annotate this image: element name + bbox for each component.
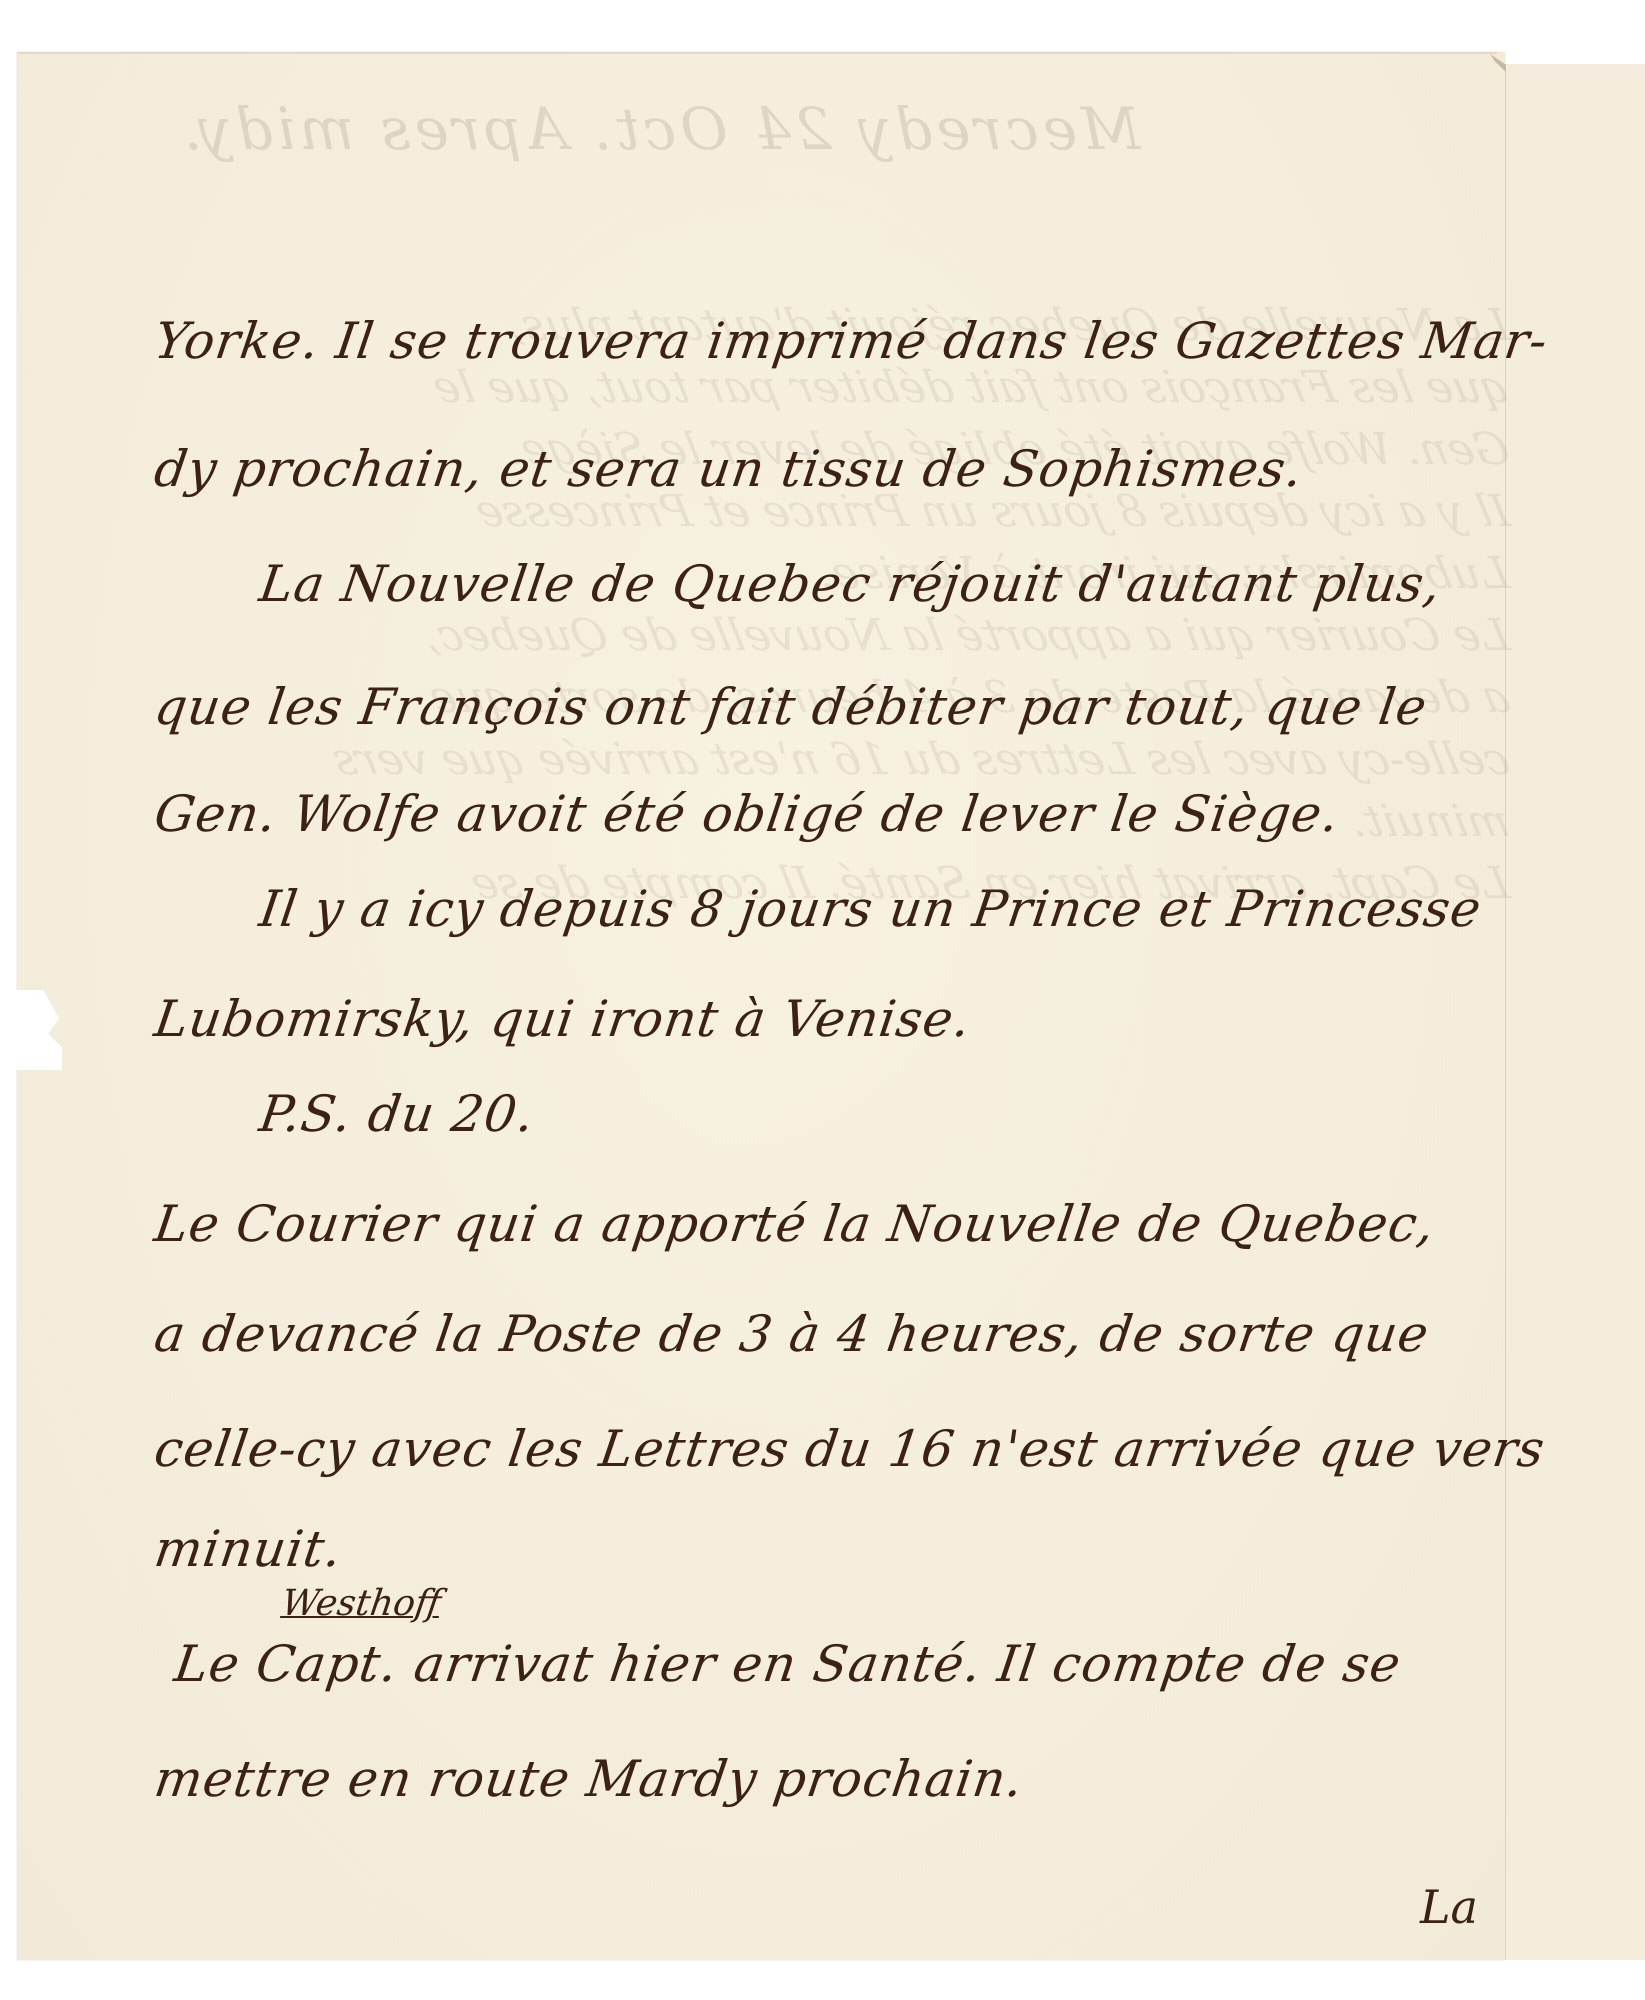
letter-line-6: Il y a icy depuis 8 jours un Prince et P… [256, 880, 1485, 938]
letter-line-1: Yorke. Il se trouvera imprimé dans les G… [151, 312, 1552, 370]
letter-line-3: La Nouvelle de Quebec réjouit d'autant p… [256, 555, 1445, 613]
letter-line-8: P.S. du 20. [256, 1085, 538, 1143]
letter-line-10: a devancé la Poste de 3 à 4 heures, de s… [151, 1305, 1433, 1363]
letter-line-2: dy prochain, et sera un tissu de Sophism… [151, 440, 1307, 498]
letter-line-12: minuit. [151, 1520, 346, 1578]
letter-line-14: mettre en route Mardy prochain. [151, 1750, 1027, 1808]
catchword: La [1420, 1880, 1478, 1934]
letter-body: Yorke. Il se trouvera imprimé dans les G… [0, 0, 1645, 2000]
letter-line-9: Le Courier qui a apporté la Nouvelle de … [151, 1195, 1439, 1253]
interlinear-insertion: Westhoff [279, 1583, 443, 1624]
letter-line-5: Gen. Wolfe avoit été obligé de lever le … [151, 785, 1343, 843]
letter-line-13: Le Capt. arrivat hier en Santé. Il compt… [171, 1635, 1405, 1693]
letter-line-4: que les François ont fait débiter par to… [151, 678, 1431, 736]
letter-line-7: Lubomirsky, qui iront à Venise. [151, 990, 975, 1048]
letter-line-11: celle-cy avec les Lettres du 16 n'est ar… [151, 1420, 1549, 1478]
